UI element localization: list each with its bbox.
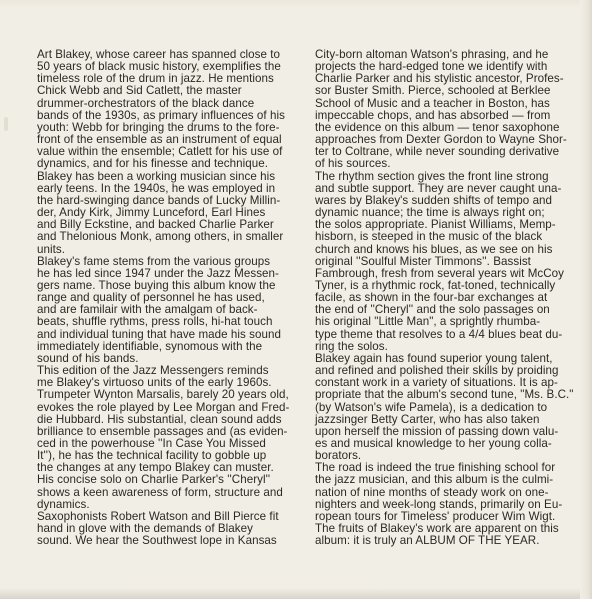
- text-line: The rhythm section gives the front line …: [315, 171, 577, 183]
- text-line: drummer-orchestrators of the black dance: [37, 98, 293, 110]
- text-line: of his sources.: [315, 158, 577, 170]
- paragraph-jazz-messengers-fame: Blakey's fame stems from the various gro…: [37, 256, 293, 365]
- text-line: nation of nine months of steady work on …: [315, 487, 577, 499]
- text-line: sor Buster Smith. Pierce, schooled at Be…: [315, 85, 577, 97]
- text-line: shows a keen awareness of form, structur…: [37, 487, 293, 499]
- text-line: dynamics, and for his finesse and techni…: [37, 158, 293, 170]
- paragraph-blakey-career: Art Blakey, whose career has spanned clo…: [37, 49, 293, 256]
- text-line: Blakey's fame stems from the various gro…: [37, 256, 293, 268]
- paragraph-rhythm-section: The rhythm section gives the front line …: [315, 171, 577, 353]
- text-line: School of Music and a teacher in Boston,…: [315, 98, 577, 110]
- text-line: Trumpeter Wynton Marsalis, barely 20 yea…: [37, 389, 293, 401]
- text-line: his original "Little Man", a sprightly r…: [315, 316, 577, 328]
- text-line: type theme that resolves to a 4/4 blues …: [315, 329, 577, 341]
- text-line: album: it is truly an ALBUM OF THE YEAR.: [315, 535, 577, 547]
- text-line: church and knows his blues, as we see on…: [315, 244, 577, 256]
- text-line: Blakey has been a working musician since…: [37, 171, 293, 183]
- paragraph-marsalis: This edition of the Jazz Messengers remi…: [37, 365, 293, 511]
- text-line: and individual tuning that have made his…: [37, 329, 293, 341]
- text-line: the jazz musician, and this album is the…: [315, 474, 577, 486]
- paragraph-album-of-the-year: The road is indeed the true finishing sc…: [315, 462, 577, 547]
- text-line: sound. We hear the Southwest lope in Kan…: [37, 535, 293, 547]
- paragraph-watson-pierce: City-born altoman Watson's phrasing, and…: [315, 49, 577, 171]
- text-line: and Thelonious Monk, among others, in sm…: [37, 231, 293, 243]
- text-line: His concise solo on Charlie Parker's ''C…: [37, 474, 293, 486]
- text-line: units.: [37, 244, 293, 256]
- text-line: (by Watson's wife Pamela), is a dedicati…: [315, 402, 577, 414]
- paper-blemish: [4, 117, 8, 131]
- text-line: hisborn, is steeped in the music of the …: [315, 231, 577, 243]
- text-line: evokes the role played by Lee Morgan and…: [37, 402, 293, 414]
- text-line: original ''Soulful Mister Timmons''. Bas…: [315, 256, 577, 268]
- left-text-column: Art Blakey, whose career has spanned clo…: [37, 49, 293, 547]
- right-text-column: City-born altoman Watson's phrasing, and…: [315, 49, 577, 547]
- text-line: Chick Webb and Sid Catlett, the master: [37, 85, 293, 97]
- page-edge-shadow: [580, 0, 592, 599]
- text-line: propriate that the album's second tune, …: [315, 389, 577, 401]
- paragraph-young-talent: Blakey again has found superior young ta…: [315, 353, 577, 462]
- text-line: beats, shuffle rythms, press rolls, hi-h…: [37, 316, 293, 328]
- liner-notes-page: Art Blakey, whose career has spanned clo…: [0, 0, 592, 599]
- paragraph-saxophonists: Saxophonists Robert Watson and Bill Pier…: [37, 511, 293, 547]
